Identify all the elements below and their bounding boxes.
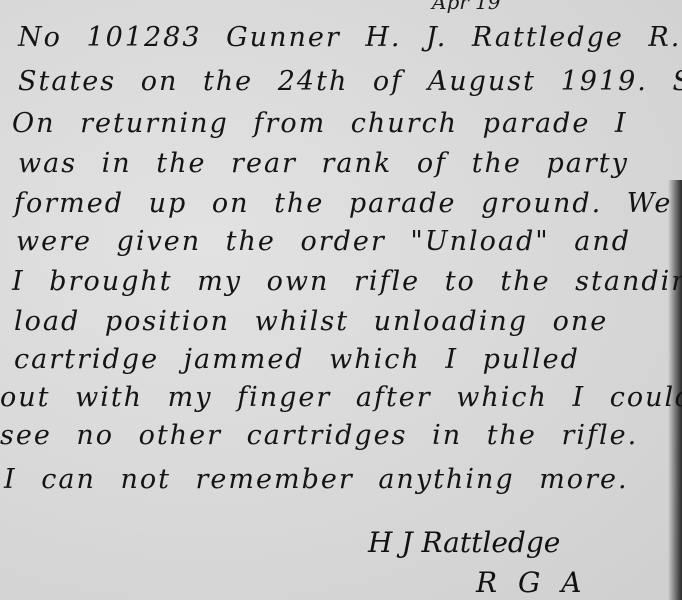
document-line-11: see no other cartridges in the rifle. — [0, 420, 638, 451]
document-line-2: States on the 24th of August 1919. State… — [18, 66, 682, 97]
document-line-9: cartridge jammed which I pulled — [14, 344, 580, 375]
signature-unit: R G A — [476, 566, 587, 599]
signature-name: H J Rattledge — [368, 526, 560, 559]
document-line-1: No 101283 Gunner H. J. Rattledge R.G.A — [18, 22, 682, 53]
document-line-6: were given the order "Unload" and — [16, 226, 631, 257]
document-line-8: load position whilst unloading one — [14, 306, 608, 337]
document-line-3: On returning from church parade I — [12, 108, 628, 139]
document-line-4: was in the rear rank of the party — [18, 148, 629, 179]
document-line-5: formed up on the parade ground. We — [14, 188, 672, 219]
document-line-7: I brought my own rifle to the standing — [12, 266, 682, 297]
document-line-12: I can not remember anything more. — [4, 464, 629, 495]
scanned-document-page: Apr 19 No 101283 Gunner H. J. Rattledge … — [0, 0, 682, 600]
document-line-10: out with my finger after which I could — [0, 382, 682, 413]
top-annotation: Apr 19 — [432, 0, 501, 14]
